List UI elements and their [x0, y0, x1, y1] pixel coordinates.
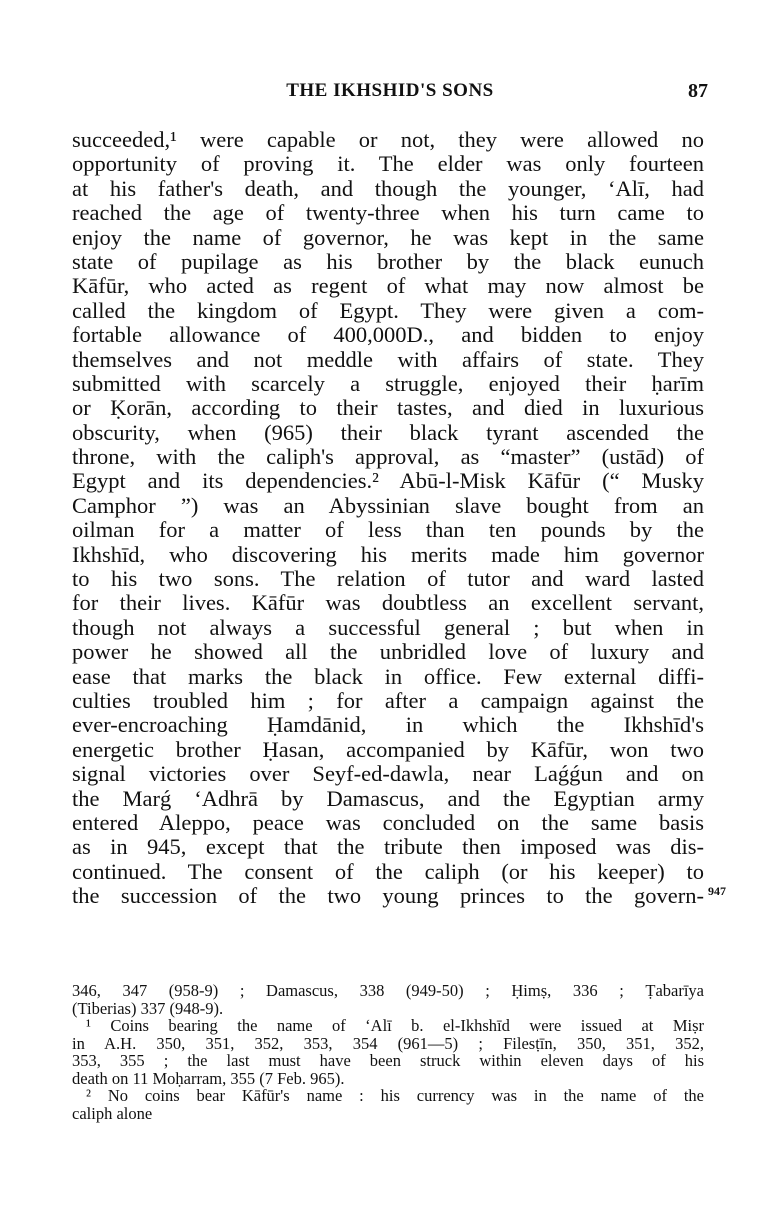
- footnotes: 346, 347 (958-9) ; Damascus, 338 (949-50…: [72, 982, 704, 1122]
- text-line: throne, with the caliph's approval, as “…: [72, 445, 704, 469]
- text-line: Kāfūr, who acted as regent of what may n…: [72, 274, 704, 298]
- text-line: reached the age of twenty-three when his…: [72, 201, 704, 225]
- text-line: ever-encroaching Ḥamdānid, in which the …: [72, 713, 704, 737]
- text-line: enjoy the name of governor, he was kept …: [72, 226, 704, 250]
- text-line: though not always a successful general ;…: [72, 616, 704, 640]
- footnote-1: ¹ Coins bearing the name of ‘Alī b. el-I…: [72, 1017, 704, 1035]
- text-line: themselves and not meddle with affairs o…: [72, 348, 704, 372]
- text-line: entered Aleppo, peace was concluded on t…: [72, 811, 704, 835]
- footnote-line: caliph alone: [72, 1105, 704, 1123]
- running-title: THE IKHSHID'S SONS: [72, 80, 708, 102]
- text-line: as in 945, except that the tribute then …: [72, 835, 704, 859]
- text-line: power he showed all the unbridled love o…: [72, 640, 704, 664]
- text-line: at his father's death, and though the yo…: [72, 177, 704, 201]
- footnote-line: death on 11 Moḥarram, 355 (7 Feb. 965).: [72, 1070, 704, 1088]
- text-line: or Ḳorān, according to their tastes, and…: [72, 396, 704, 420]
- text-line: to his two sons. The relation of tutor a…: [72, 567, 704, 591]
- text-line: Camphor ”) was an Abyssinian slave bough…: [72, 494, 704, 518]
- page-number: 87: [688, 80, 708, 103]
- footnote-line: 346, 347 (958-9) ; Damascus, 338 (949-50…: [72, 982, 704, 1000]
- text-line: oilman for a matter of less than ten pou…: [72, 518, 704, 542]
- text-line: Egypt and its dependencies.² Abū-l-Misk …: [72, 469, 704, 493]
- text-line: opportunity of proving it. The elder was…: [72, 152, 704, 176]
- text-line: continued. The consent of the caliph (or…: [72, 860, 704, 884]
- text-line: for their lives. Kāfūr was doubtless an …: [72, 591, 704, 615]
- footnote-line: (Tiberias) 337 (948-9).: [72, 1000, 704, 1018]
- footnote-2: ² No coins bear Kāfūr's name : his curre…: [72, 1087, 704, 1105]
- text-line: submitted with scarcely a struggle, enjo…: [72, 372, 704, 396]
- text-line: Ikhshīd, who discovering his merits made…: [72, 543, 704, 567]
- running-head: THE IKHSHID'S SONS 87: [72, 80, 708, 106]
- text-line: state of pupilage as his brother by the …: [72, 250, 704, 274]
- text-line: signal victories over Seyf-ed-dawla, nea…: [72, 762, 704, 786]
- footnote-line: in A.H. 350, 351, 352, 353, 354 (961—5) …: [72, 1035, 704, 1053]
- text-line: obscurity, when (965) their black tyrant…: [72, 421, 704, 445]
- body-text: succeeded,¹ were capable or not, they we…: [72, 128, 704, 909]
- text-line: called the kingdom of Egypt. They were g…: [72, 299, 704, 323]
- text-line: culties troubled him ; for after a campa…: [72, 689, 704, 713]
- text-line: ease that marks the black in office. Few…: [72, 665, 704, 689]
- text-line: the succession of the two young princes …: [72, 884, 704, 908]
- margin-year-note: 947: [708, 884, 726, 899]
- text-line: energetic brother Ḥasan, accompanied by …: [72, 738, 704, 762]
- footnote-line: 353, 355 ; the last must have been struc…: [72, 1052, 704, 1070]
- text-line: the Marǵ ‘Adhrā by Damascus, and the Egy…: [72, 787, 704, 811]
- text-line: succeeded,¹ were capable or not, they we…: [72, 128, 704, 152]
- text-line: fortable allowance of 400,000D., and bid…: [72, 323, 704, 347]
